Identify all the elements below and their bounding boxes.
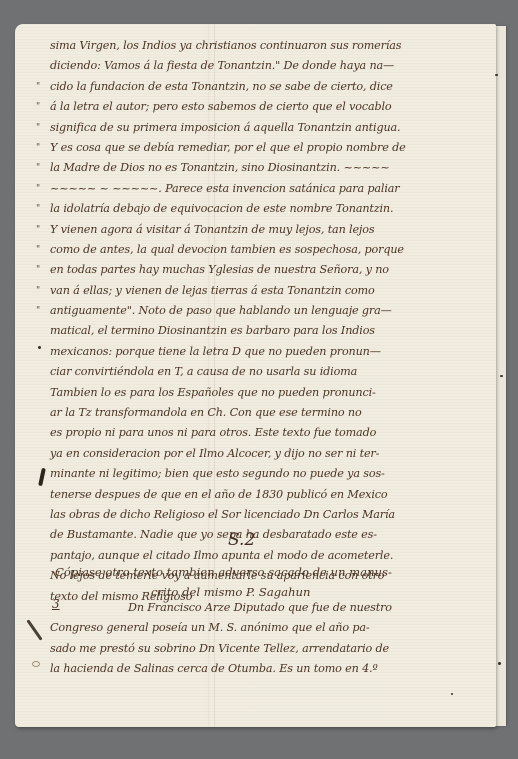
text-line: es propio ni para unos ni para otros. Es…: [36, 423, 446, 443]
text-line: las obras de dicho Religioso el Sor lice…: [36, 505, 446, 525]
text-line: "antiguamente". Noto de paso que habland…: [36, 301, 446, 321]
text-line: "significa de su primera imposicion á aq…: [36, 118, 446, 138]
margin-ring-mark: [32, 661, 40, 667]
quote-mark: ": [36, 260, 48, 280]
edge-ink-dot: [498, 662, 501, 665]
manuscript-viewer: sima Virgen, los Indios ya christianos c…: [0, 0, 518, 759]
section-heading: S.2: [228, 530, 255, 550]
text-line: Congreso general poseía un M. S. anónimo…: [50, 618, 460, 638]
text-line: "como de antes, la qual devocion tambien…: [36, 240, 446, 260]
edge-ink-dot: [495, 74, 498, 76]
text-line: ya en consideracion por el Ilmo Alcocer,…: [36, 444, 446, 464]
text-line: matical, el termino Diosinantzin es barb…: [36, 321, 446, 341]
text-line: sima Virgen, los Indios ya christianos c…: [36, 36, 446, 56]
text-line: "Y vienen agora á visitar á Tonantzin de…: [36, 220, 446, 240]
text-line: "á la letra el autor; pero esto sabemos …: [36, 97, 446, 117]
quote-mark: ": [36, 301, 48, 321]
text-line: sado me prestó su sobrino Dn Vicente Tel…: [50, 639, 460, 659]
text-line: "van á ellas; y vienen de lejas tierras …: [36, 281, 446, 301]
main-text-block: sima Virgen, los Indios ya christianos c…: [36, 36, 446, 607]
text-line: minante ni legitimo; bien que esto segun…: [36, 464, 446, 484]
text-line: Dn Francisco Arze Diputado que fue de nu…: [50, 598, 460, 618]
text-line: "la idolatría debajo de equivocacion de …: [36, 199, 446, 219]
section-subtitle: Cópiase otro texto tambien adverso sacad…: [55, 561, 455, 601]
quote-mark: ": [36, 199, 48, 219]
text-line: mexicanos: porque tiene la letra D que n…: [36, 342, 446, 362]
quote-mark: ": [36, 118, 48, 138]
edge-ink-dot: [500, 375, 503, 377]
text-line: la hacienda de Salinas cerca de Otumba. …: [50, 659, 460, 679]
margin-ink-dot: [38, 346, 41, 349]
paragraph-3: Dn Francisco Arze Diputado que fue de nu…: [50, 598, 460, 680]
quote-mark: ": [36, 158, 48, 178]
quote-mark: ": [36, 179, 48, 199]
quote-mark: ": [36, 220, 48, 240]
text-line: "Y es cosa que se debía remediar, por el…: [36, 138, 446, 158]
quote-mark: ": [36, 97, 48, 117]
text-line-struck: "~~~~~ ~ ~~~~~. Parece esta invencion sa…: [36, 179, 446, 199]
text-line: ciar convirtiéndola en T, a causa de no …: [36, 362, 446, 382]
text-line: "cido la fundacion de esta Tonantzin, no…: [36, 77, 446, 97]
text-line: diciendo: Vamos á la fiesta de Tonantzin…: [36, 56, 446, 76]
subtitle-line-1: Cópiase otro texto tambien adverso sacad…: [55, 561, 455, 583]
text-line: tenerse despues de que en el año de 1830…: [36, 485, 446, 505]
quote-mark: ": [36, 138, 48, 158]
quote-mark: ": [36, 281, 48, 301]
text-line: ar la Tz transformandola en Ch. Con que …: [36, 403, 446, 423]
quote-mark: ": [36, 77, 48, 97]
quote-mark: ": [36, 240, 48, 260]
text-line: "en todas partes hay muchas Yglesias de …: [36, 260, 446, 280]
page-ink-speck: [451, 693, 453, 695]
text-line: Tambien lo es para los Españoles que no …: [36, 383, 446, 403]
text-line: "la Madre de Dios no es Tonantzin, sino …: [36, 158, 446, 178]
